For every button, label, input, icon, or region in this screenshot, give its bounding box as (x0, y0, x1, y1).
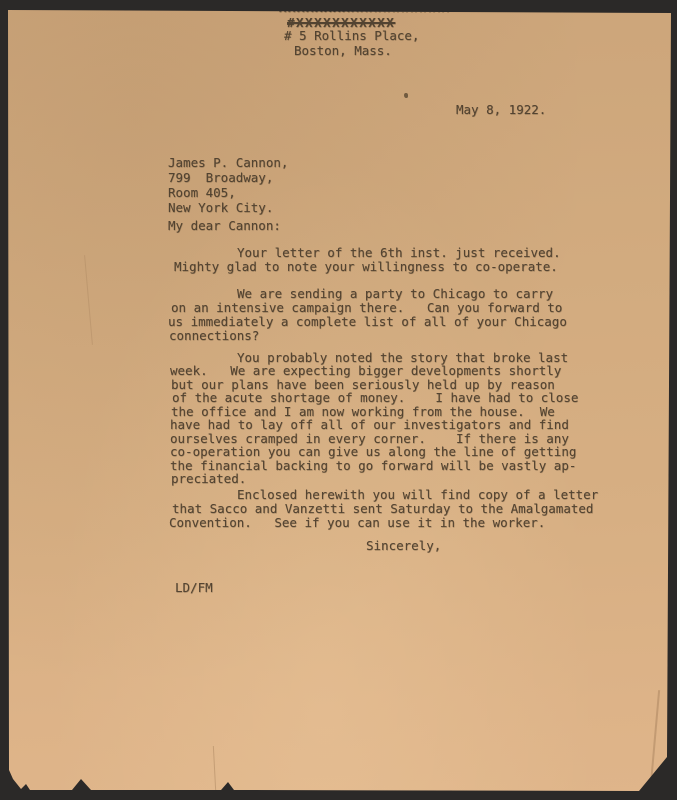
paper-crease (650, 690, 660, 785)
letterhead-address-line-2: Boston, Mass. (294, 44, 392, 58)
paper-scratch (84, 255, 93, 345)
body-line: that Sacco and Vanzetti sent Saturday to… (172, 502, 593, 516)
body-line: Mighty glad to note your willingness to … (174, 260, 558, 274)
salutation: My dear Cannon: (168, 219, 281, 233)
body-line: connections? (169, 329, 259, 343)
body-line: Enclosed herewith you will find copy of … (237, 488, 598, 502)
body-line: Convention. See if you can use it in the… (169, 516, 545, 530)
body-line: We are sending a party to Chicago to car… (237, 287, 553, 301)
body-line: on an intensive campaign there. Can you … (171, 301, 562, 315)
photo-background: XXXXXXXXXXXXXXXXXXX #XXXXXXXXXXX # 5 Rol… (0, 0, 677, 800)
paper-crease (213, 746, 216, 790)
body-line: of the acute shortage of money. I have h… (172, 391, 578, 405)
letterhead-struck-line-1: XXXXXXXXXXXXXXXXXXX (279, 1, 451, 15)
date-line: May 8, 1922. (456, 103, 546, 117)
closing: Sincerely, (366, 539, 441, 553)
recipient-line-name: James P. Cannon, (168, 156, 288, 170)
body-line: us immediately a complete list of all of… (168, 315, 567, 329)
body-line: week. We are expecting bigger developmen… (170, 364, 561, 378)
letterhead-address-line-1: # 5 Rollins Place, (284, 29, 419, 43)
body-line: preciated. (171, 472, 246, 486)
typist-initials: LD/FM (175, 581, 213, 595)
ink-speck (404, 93, 408, 98)
body-line: co-operation you can give us along the l… (170, 445, 576, 459)
body-line: have had to lay off all of our investiga… (170, 418, 569, 432)
recipient-line-street: 799 Broadway, (168, 171, 273, 185)
body-line: Your letter of the 6th inst. just receiv… (237, 246, 561, 260)
recipient-line-room: Room 405, (168, 186, 236, 200)
recipient-line-city: New York City. (168, 201, 273, 215)
letter-paper: XXXXXXXXXXXXXXXXXXX #XXXXXXXXXXX # 5 Rol… (0, 0, 677, 800)
